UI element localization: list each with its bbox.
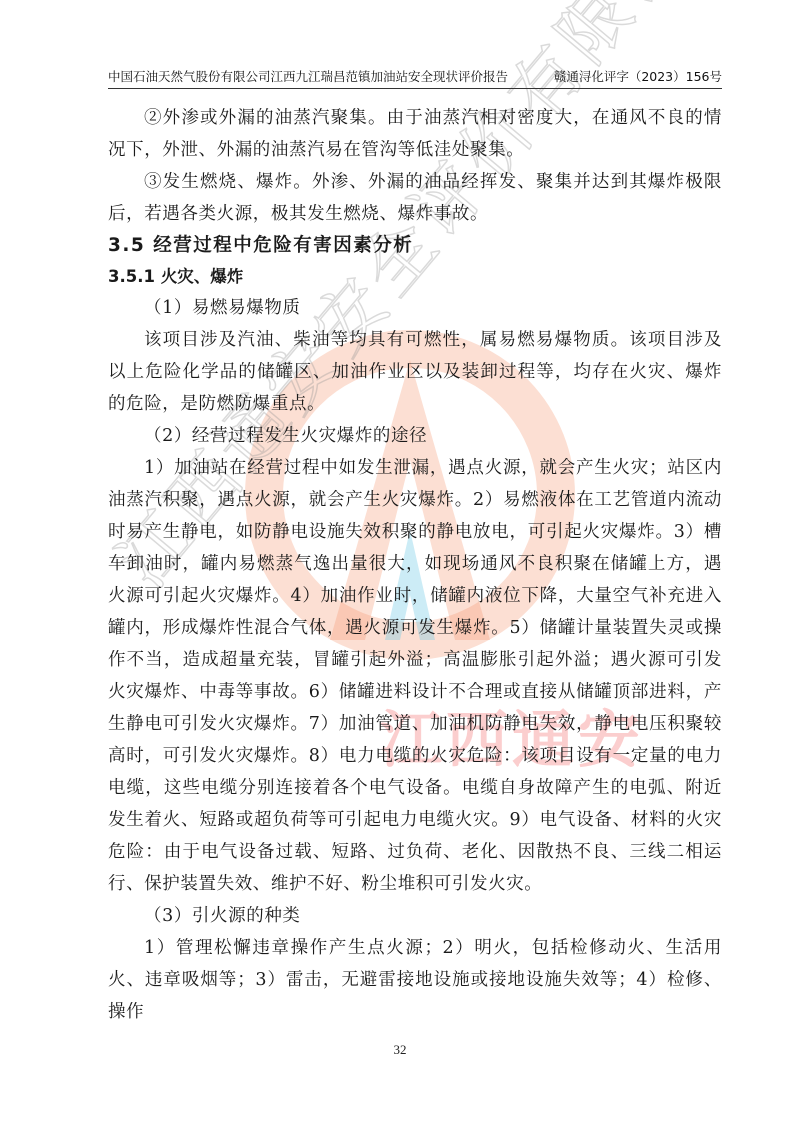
subheading-ignition-sources: （3）引火源的种类 [108,900,722,932]
running-header: 中国石油天然气股份有限公司江西九江瑞昌范镇加油站安全现状评价报告 赣通浔化评字（… [108,66,722,89]
paragraph-flammable-substances: 该项目涉及汽油、柴油等均具有可燃性，属易燃易爆物质。该项目涉及以上危险化学品的储… [108,324,722,420]
header-report-number: 赣通浔化评字（2023）156号 [554,68,722,88]
document-page: 江西通安安全评价有限公司 江西通安 中国石油天然气股份有限公司江西九江瑞昌范镇加… [0,0,800,1131]
document-body: ②外渗或外漏的油蒸汽聚集。由于油蒸汽相对密度大，在通风不良的情况下，外泄、外漏的… [108,102,722,1028]
section-heading-3-5-1: 3.5.1 火灾、爆炸 [108,262,722,292]
subheading-fire-paths: （2）经营过程发生火灾爆炸的途径 [108,420,722,452]
paragraph-fire-paths: 1）加油站在经营过程中如发生泄漏，遇点火源，就会产生火灾；站区内油蒸汽积聚，遇点… [108,452,722,900]
subheading-flammable-substances: （1）易燃易爆物质 [108,292,722,324]
paragraph-vapor-accumulation: ②外渗或外漏的油蒸汽聚集。由于油蒸汽相对密度大，在通风不良的情况下，外泄、外漏的… [108,102,722,166]
paragraph-ignition-sources: 1）管理松懈违章操作产生点火源；2）明火，包括检修动火、生活用火、违章吸烟等；3… [108,932,722,1028]
paragraph-combustion-explosion: ③发生燃烧、爆炸。外渗、外漏的油品经挥发、聚集并达到其爆炸极限后，若遇各类火源，… [108,166,722,230]
page-number: 32 [0,1042,800,1058]
header-report-title: 中国石油天然气股份有限公司江西九江瑞昌范镇加油站安全现状评价报告 [108,68,508,88]
section-heading-3-5: 3.5 经营过程中危险有害因素分析 [108,230,722,262]
